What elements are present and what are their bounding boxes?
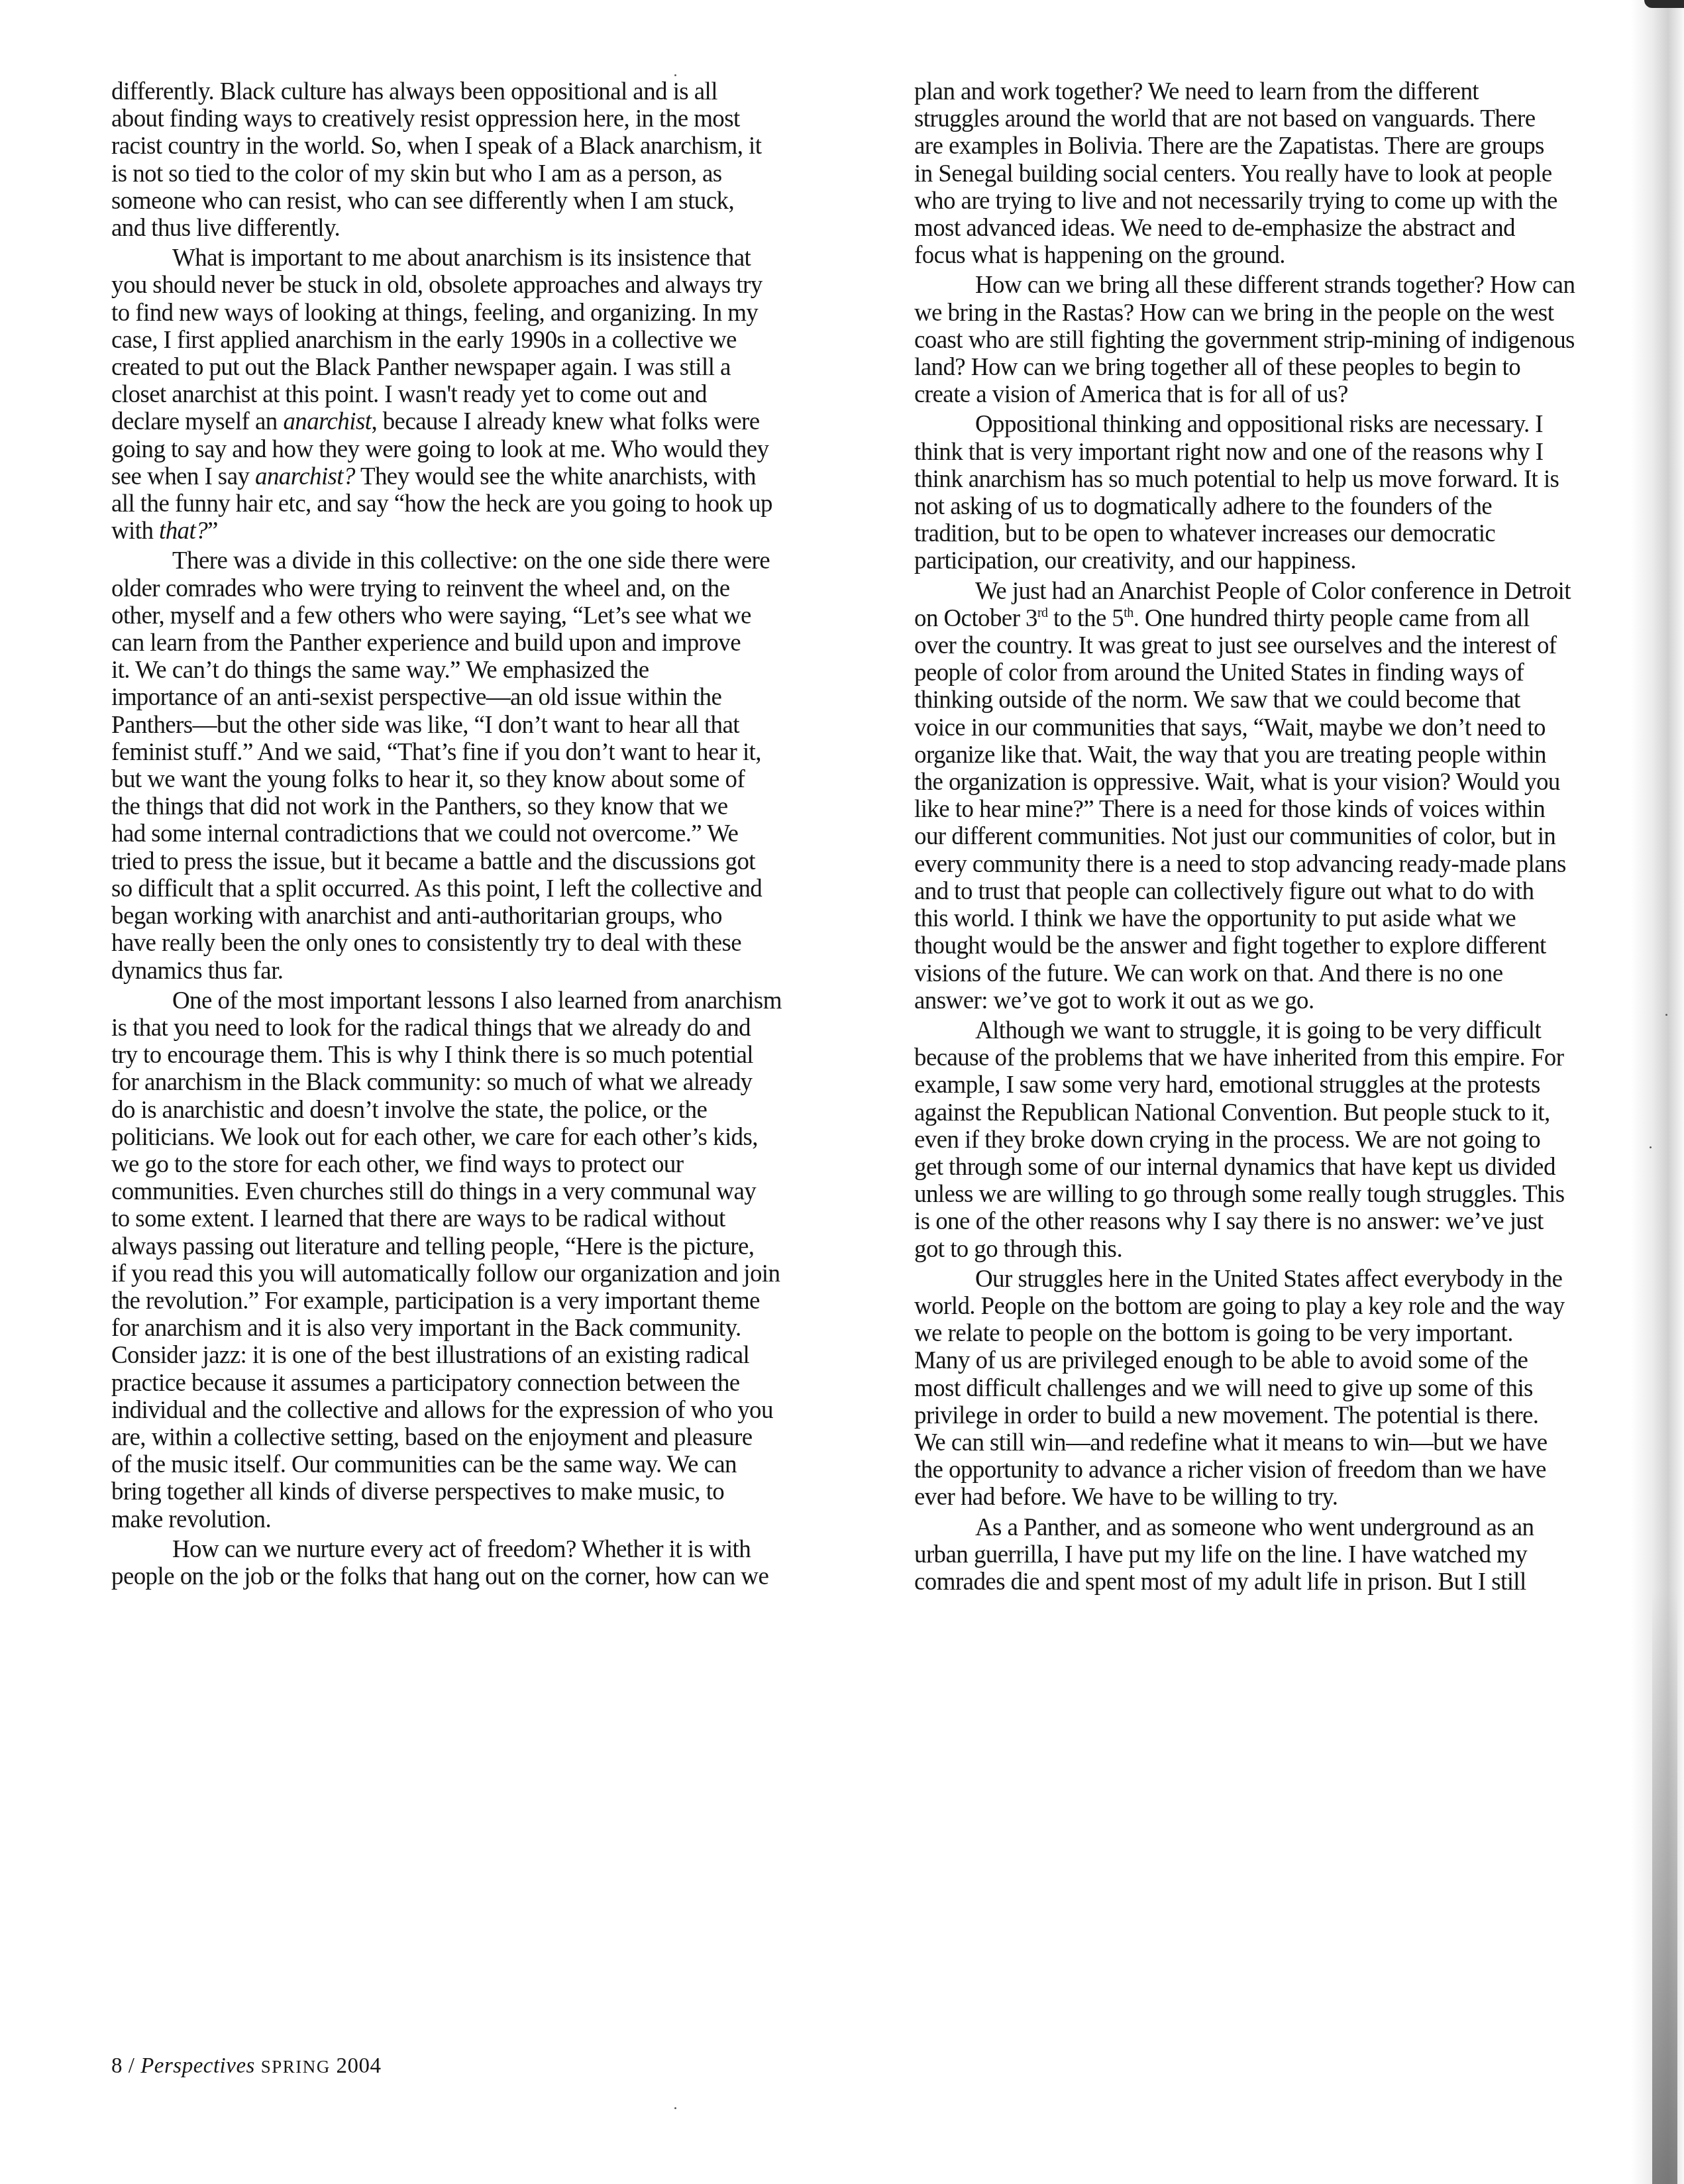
- text-line: importance of an anti-sexist perspective…: [111, 684, 867, 711]
- text-line: world. People on the bottom are going to…: [914, 1293, 1669, 1320]
- text-line: is not so tied to the color of my skin b…: [111, 160, 867, 188]
- text-line: other, myself and a few others who were …: [111, 602, 867, 629]
- paragraph: What is important to me about anarchism …: [111, 245, 867, 545]
- text-line: tried to press the issue, but it became …: [111, 848, 867, 875]
- paragraph: Oppositional thinking and oppositional r…: [914, 411, 1669, 574]
- text-line: participation, our creativity, and our h…: [914, 547, 1669, 574]
- emphasis: anarchist: [283, 408, 371, 435]
- text-line: the things that did not work in the Pant…: [111, 793, 867, 820]
- emphasis: that?: [159, 518, 207, 545]
- text-line: our different communities. Not just our …: [914, 823, 1669, 850]
- text-line: are, within a collective setting, based …: [111, 1424, 867, 1451]
- text-line: Oppositional thinking and oppositional r…: [914, 411, 1669, 438]
- text-line: someone who can resist, who can see diff…: [111, 188, 867, 215]
- text-line: are examples in Bolivia. There are the Z…: [914, 133, 1669, 160]
- text-line: There was a divide in this collective: o…: [111, 547, 867, 574]
- text-line: see when I say anarchist? They would see…: [111, 463, 867, 490]
- left-column: differently. Black culture has always be…: [111, 78, 867, 1590]
- journal-title: Perspectives: [140, 2054, 255, 2078]
- text-line: get through some of our internal dynamic…: [914, 1154, 1669, 1181]
- text-line: make revolution.: [111, 1506, 867, 1533]
- text-line: create a vision of America that is for a…: [914, 381, 1669, 408]
- text-line: As a Panther, and as someone who went un…: [914, 1514, 1669, 1541]
- text-line: older comrades who were trying to reinve…: [111, 575, 867, 602]
- text-line: got to go through this.: [914, 1236, 1669, 1263]
- text-line: who are trying to live and not necessari…: [914, 188, 1669, 215]
- page-footer: 8 / Perspectives SPRING 2004: [111, 2054, 381, 2079]
- text-line: differently. Black culture has always be…: [111, 78, 867, 105]
- text-line: created to put out the Black Panther new…: [111, 354, 867, 381]
- text-line: voice in our communities that says, “Wai…: [914, 714, 1669, 741]
- paragraph: How can we nurture every act of freedom?…: [111, 1536, 867, 1590]
- text-line: people of color from around the United S…: [914, 659, 1669, 686]
- text-line: always passing out literature and tellin…: [111, 1233, 867, 1260]
- text-line: can learn from the Panther experience an…: [111, 629, 867, 657]
- text-line: is one of the other reasons why I say th…: [914, 1208, 1669, 1235]
- text-line: for anarchism in the Black community: so…: [111, 1069, 867, 1096]
- paragraph: We just had an Anarchist People of Color…: [914, 578, 1669, 1014]
- text-line: organize like that. Wait, the way that y…: [914, 741, 1669, 769]
- paragraph: There was a divide in this collective: o…: [111, 547, 867, 984]
- text-line: dynamics thus far.: [111, 957, 867, 985]
- text-line: against the Republican National Conventi…: [914, 1099, 1669, 1126]
- text-line: privilege in order to build a new moveme…: [914, 1402, 1669, 1429]
- document-page: differently. Black culture has always be…: [0, 0, 1684, 2184]
- paragraph: How can we bring all these different str…: [914, 272, 1669, 408]
- text-line: politicians. We look out for each other,…: [111, 1124, 867, 1151]
- text-line: unless we are willing to go through some…: [914, 1181, 1669, 1208]
- text-line: over the country. It was great to just s…: [914, 632, 1669, 659]
- text-line: about finding ways to creatively resist …: [111, 105, 867, 133]
- text-line: visions of the future. We can work on th…: [914, 960, 1669, 987]
- text-line: declare myself an anarchist, because I a…: [111, 408, 867, 435]
- text-line: but we want the young folks to hear it, …: [111, 766, 867, 793]
- paragraph: One of the most important lessons I also…: [111, 987, 867, 1533]
- text-line: not asking of us to dogmatically adhere …: [914, 493, 1669, 520]
- text-line: How can we nurture every act of freedom?…: [111, 1536, 867, 1563]
- scan-speck: [1665, 1014, 1667, 1016]
- scan-corner-mark: [1644, 0, 1684, 8]
- text-line: thinking outside of the norm. We saw tha…: [914, 686, 1669, 714]
- text-line: struggles around the world that are not …: [914, 105, 1669, 133]
- text-line: you should never be stuck in old, obsole…: [111, 272, 867, 299]
- text-line: to find new ways of looking at things, f…: [111, 300, 867, 327]
- issue-season: SPRING: [261, 2057, 331, 2077]
- text-line: like to hear mine?” There is a need for …: [914, 796, 1669, 823]
- text-line: it. We can’t do things the same way.” We…: [111, 657, 867, 684]
- text-line: Although we want to struggle, it is goin…: [914, 1017, 1669, 1044]
- paragraph: differently. Black culture has always be…: [111, 78, 867, 242]
- text-line: this world. I think we have the opportun…: [914, 905, 1669, 932]
- text-line: try to encourage them. This is why I thi…: [111, 1042, 867, 1069]
- text-line: Consider jazz: it is one of the best ill…: [111, 1342, 867, 1369]
- text-line: in Senegal building social centers. You …: [914, 160, 1669, 188]
- text-line: urban guerrilla, I have put my life on t…: [914, 1541, 1669, 1568]
- emphasis: anarchist?: [255, 463, 355, 490]
- text-line: tradition, but to be open to whatever in…: [914, 520, 1669, 547]
- text-line: bring together all kinds of diverse pers…: [111, 1478, 867, 1505]
- text-line: communities. Even churches still do thin…: [111, 1178, 867, 1205]
- scan-speck: [1650, 1146, 1652, 1148]
- text-line: on October 3rd to the 5th. One hundred t…: [914, 605, 1669, 632]
- text-line: all the funny hair etc, and say “how the…: [111, 490, 867, 518]
- text-line: individual and the collective and allows…: [111, 1397, 867, 1424]
- text-line: began working with anarchist and anti-au…: [111, 902, 867, 930]
- binding-shadow-dark: [1652, 1590, 1677, 2184]
- text-line: going to say and how they were going to …: [111, 436, 867, 463]
- text-line: case, I first applied anarchism in the e…: [111, 327, 867, 354]
- text-line: ever had before. We have to be willing t…: [914, 1484, 1669, 1511]
- text-line: the organization is oppressive. Wait, wh…: [914, 769, 1669, 796]
- ordinal-suffix: rd: [1037, 606, 1047, 620]
- right-column: plan and work together? We need to learn…: [914, 78, 1669, 1596]
- text-line: with that?”: [111, 518, 867, 545]
- text-line: people on the job or the folks that hang…: [111, 1563, 867, 1590]
- text-line: every community there is a need to stop …: [914, 851, 1669, 878]
- text-line: of the music itself. Our communities can…: [111, 1451, 867, 1478]
- text-line: think anarchism has so much potential to…: [914, 466, 1669, 493]
- text-line: think that is very important right now a…: [914, 439, 1669, 466]
- scan-speck: [674, 2107, 676, 2109]
- text-line: racist country in the world. So, when I …: [111, 133, 867, 160]
- footer-separator: /: [129, 2054, 135, 2078]
- text-line: plan and work together? We need to learn…: [914, 78, 1669, 105]
- text-line: do is anarchistic and doesn’t involve th…: [111, 1097, 867, 1124]
- text-line: even if they broke down crying in the pr…: [914, 1126, 1669, 1154]
- scan-speck: [674, 74, 676, 76]
- text-line: had some internal contradictions that we…: [111, 820, 867, 847]
- issue-year: 2004: [336, 2054, 381, 2078]
- text-line: we bring in the Rastas? How can we bring…: [914, 300, 1669, 327]
- text-line: the opportunity to advance a richer visi…: [914, 1456, 1669, 1484]
- text-line: We just had an Anarchist People of Color…: [914, 578, 1669, 605]
- text-line: the revolution.” For example, participat…: [111, 1287, 867, 1315]
- text-line: because of the problems that we have inh…: [914, 1044, 1669, 1071]
- text-line: One of the most important lessons I also…: [111, 987, 867, 1014]
- paragraph: As a Panther, and as someone who went un…: [914, 1514, 1669, 1596]
- text-line: most difficult challenges and we will ne…: [914, 1375, 1669, 1402]
- text-line: feminist stuff.” And we said, “That’s fi…: [111, 739, 867, 766]
- text-line: most advanced ideas. We need to de-empha…: [914, 215, 1669, 242]
- paragraph: Although we want to struggle, it is goin…: [914, 1017, 1669, 1263]
- text-line: focus what is happening on the ground.: [914, 242, 1669, 269]
- text-line: We can still win—and redefine what it me…: [914, 1429, 1669, 1456]
- text-line: for anarchism and it is also very import…: [111, 1315, 867, 1342]
- text-line: What is important to me about anarchism …: [111, 245, 867, 272]
- text-line: example, I saw some very hard, emotional…: [914, 1071, 1669, 1099]
- text-line: Our struggles here in the United States …: [914, 1266, 1669, 1293]
- text-line: have really been the only ones to consis…: [111, 930, 867, 957]
- text-line: coast who are still fighting the governm…: [914, 327, 1669, 354]
- page-number: 8: [111, 2054, 123, 2078]
- text-line: land? How can we bring together all of t…: [914, 354, 1669, 381]
- text-line: if you read this you will automatically …: [111, 1260, 867, 1287]
- text-line: practice because it assumes a participat…: [111, 1370, 867, 1397]
- text-line: and to trust that people can collectivel…: [914, 878, 1669, 905]
- text-line: comrades die and spent most of my adult …: [914, 1568, 1669, 1596]
- text-line: we go to the store for each other, we fi…: [111, 1151, 867, 1178]
- text-line: we relate to people on the bottom is goi…: [914, 1320, 1669, 1347]
- text-line: thought would be the answer and fight to…: [914, 932, 1669, 959]
- paragraph: Our struggles here in the United States …: [914, 1266, 1669, 1511]
- text-line: so difficult that a split occurred. As t…: [111, 875, 867, 902]
- text-line: Panthers—but the other side was like, “I…: [111, 712, 867, 739]
- text-line: to some extent. I learned that there are…: [111, 1205, 867, 1232]
- text-line: How can we bring all these different str…: [914, 272, 1669, 299]
- text-line: closet anarchist at this point. I wasn't…: [111, 381, 867, 408]
- paragraph: plan and work together? We need to learn…: [914, 78, 1669, 269]
- text-line: and thus live differently.: [111, 215, 867, 242]
- text-line: is that you need to look for the radical…: [111, 1014, 867, 1042]
- ordinal-suffix: th: [1124, 606, 1133, 620]
- text-line: Many of us are privileged enough to be a…: [914, 1347, 1669, 1374]
- text-line: answer: we’ve got to work it out as we g…: [914, 987, 1669, 1014]
